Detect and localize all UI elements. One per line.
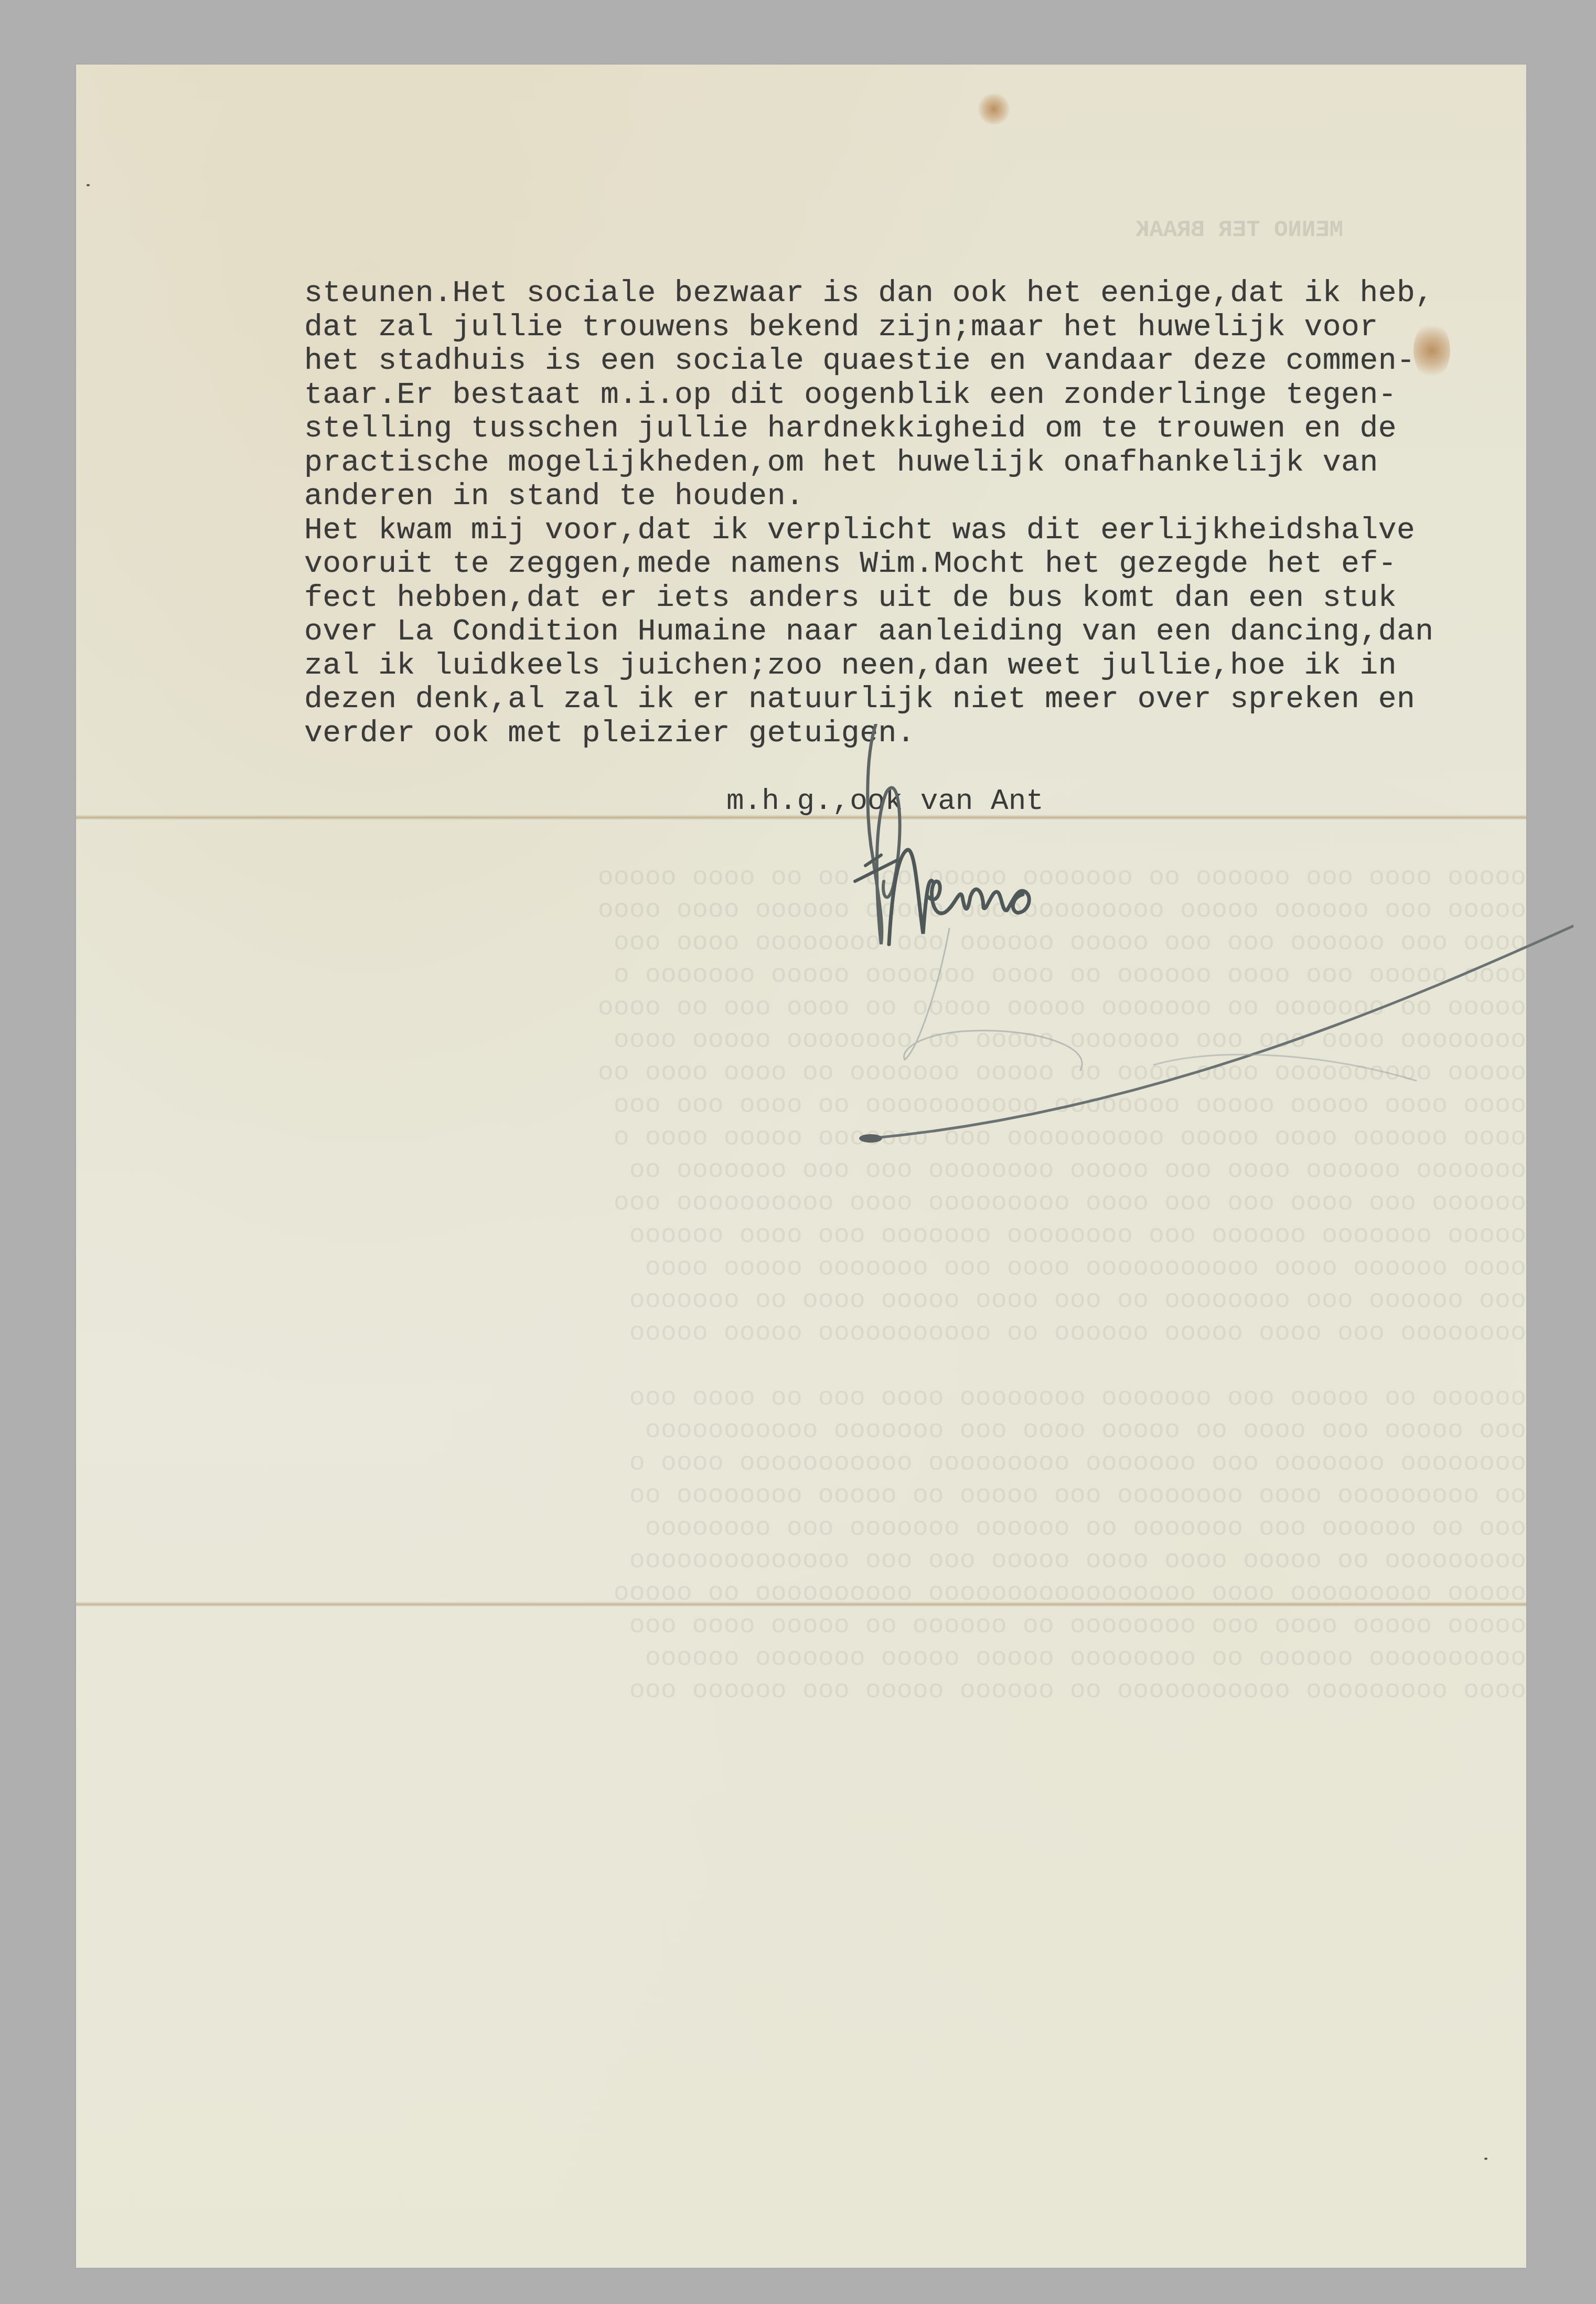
body-line: fect hebben,dat er iets anders uit de bu…	[304, 582, 1434, 616]
body-line: practische mogelijkheden,om het huwelijk…	[304, 446, 1434, 481]
paper-speck	[1484, 2158, 1487, 2160]
letter-body: steunen.Het sociale bezwaar is dan ook h…	[304, 277, 1434, 751]
body-line: dat zal jullie trouwens bekend zijn;maar…	[304, 311, 1434, 345]
body-line: verder ook met pleizier getuigen.	[304, 717, 1434, 751]
body-line: Het kwam mij voor,dat ik verplicht was d…	[304, 514, 1434, 548]
paper-speck	[87, 184, 90, 186]
body-line: over La Condition Humaine naar aanleidin…	[304, 615, 1434, 649]
bleed-through-text: ooooo oooo ooo oooooo oo ooooooo ooooo o…	[76, 862, 1526, 1708]
closing-salutation: m.h.g.,ook van Ant	[726, 784, 1044, 818]
body-line: vooruit te zeggen,mede namens Wim.Mocht …	[304, 548, 1434, 582]
bleed-through-letterhead: MENNO TER BRAAK	[1136, 214, 1343, 247]
body-line: taar.Er bestaat m.i.op dit oogenblik een…	[304, 379, 1434, 413]
fold-crease	[76, 1602, 1526, 1607]
body-line: stelling tusschen jullie hardnekkigheid …	[304, 412, 1434, 446]
scan-background: MENNO TER BRAAK ooooo oooo ooo oooooo oo…	[0, 0, 1596, 2304]
body-line: zal ik luidkeels juichen;zoo neen,dan we…	[304, 649, 1434, 684]
body-line: steunen.Het sociale bezwaar is dan ook h…	[304, 277, 1434, 311]
body-line: dezen denk,al zal ik er natuurlijk niet …	[304, 683, 1434, 717]
rust-stain	[978, 93, 1010, 125]
body-line: anderen in stand te houden.	[304, 480, 1434, 514]
body-line: het stadhuis is een sociale quaestie en …	[304, 345, 1434, 379]
